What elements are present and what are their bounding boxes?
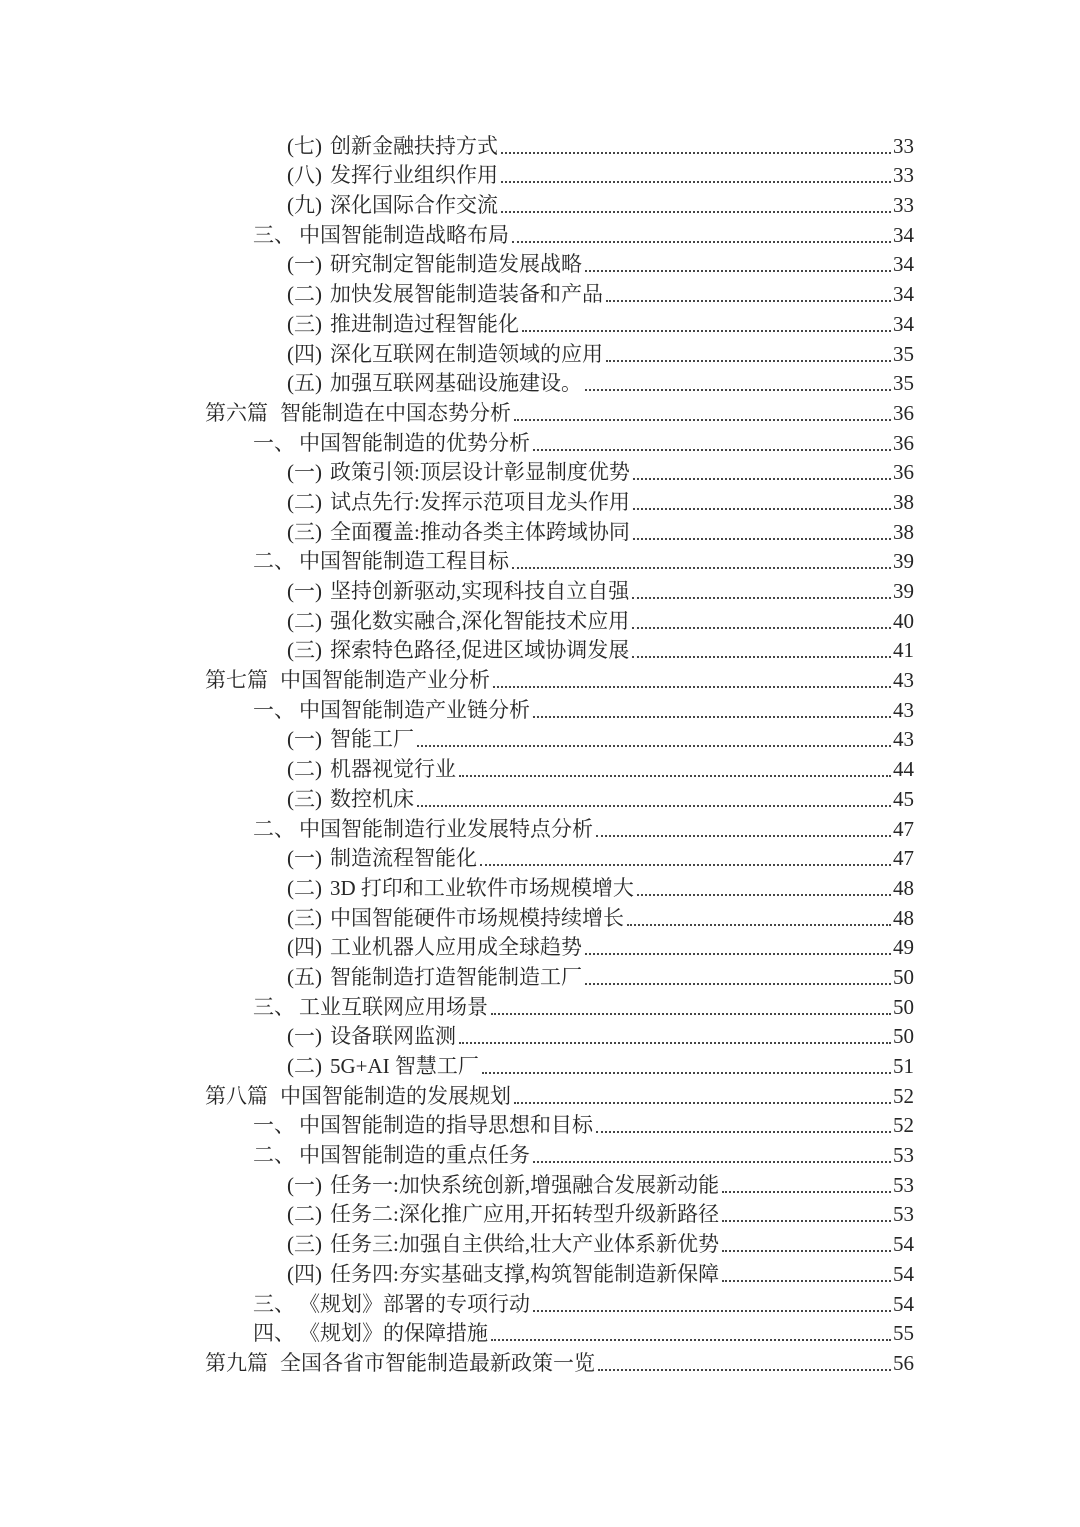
dot-leader [491,1013,891,1015]
toc-entry: (九) 深化国际合作交流 33 [205,188,914,218]
toc-entry: (二) 加快发展智能制造装备和产品 34 [205,277,914,307]
toc-entry-label: (二) [287,490,322,515]
toc-entry: 三、 中国智能制造战略布局 34 [205,218,914,248]
dot-leader [627,924,891,926]
toc-entry-title: 任务二:深化推广应用,开拓转型升级新路径 [330,1202,719,1227]
toc-entry: (一) 设备联网监测 50 [205,1020,914,1050]
toc-entry: 第七篇 中国智能制造产业分析 43 [205,663,914,693]
toc-entry-page: 34 [893,223,914,248]
toc-entry: (五) 智能制造打造智能制造工厂 50 [205,960,914,990]
toc-entry: (四) 工业机器人应用成全球趋势 49 [205,931,914,961]
toc-entry-title: 智能工厂 [330,727,414,752]
toc-entry: (一) 制造流程智能化 47 [205,842,914,872]
dot-leader [633,508,891,510]
toc-entry-title: 加强互联网基础设施建设。 [330,371,582,396]
toc-entry-page: 54 [893,1292,914,1317]
toc-entry-title: 任务三:加强自主供给,壮大产业体系新优势 [330,1232,719,1257]
toc-entry-label: 二、 [253,817,295,842]
toc-entry-page: 53 [893,1202,914,1227]
toc-entry-title: 研究制定智能制造发展战略 [330,252,582,277]
dot-leader [585,983,891,985]
dot-leader [606,360,891,362]
toc-entry-page: 35 [893,371,914,396]
toc-entry: (二) 3D 打印和工业软件市场规模增大 48 [205,871,914,901]
toc-entry-title: 中国智能制造的优势分析 [299,431,530,456]
toc-entry-page: 47 [893,817,914,842]
toc-entry-label: (三) [287,1232,322,1257]
toc-entry-label: 四、 [253,1321,295,1346]
dot-leader [501,211,891,213]
dot-leader [598,1369,891,1371]
toc-entry-page: 43 [893,698,914,723]
toc-entry: (四) 深化互联网在制造领域的应用 35 [205,337,914,367]
toc-entry-page: 45 [893,787,914,812]
dot-leader [501,152,891,154]
toc-entry-title: 中国智能制造战略布局 [299,223,509,248]
toc-entry: (七) 创新金融扶持方式 33 [205,129,914,159]
dot-leader [632,656,891,658]
toc-entry-label: (二) [287,757,322,782]
toc-entry-title: 坚持创新驱动,实现科技自立自强 [330,579,629,604]
toc-entry-page: 34 [893,282,914,307]
dot-leader [633,538,891,540]
toc-entry: 一、 中国智能制造产业链分析 43 [205,693,914,723]
toc-entry: (五) 加强互联网基础设施建设。 35 [205,367,914,397]
toc-entry-title: 机器视觉行业 [330,757,456,782]
toc-entry-label: 一、 [253,698,295,723]
toc-entry: 二、 中国智能制造的重点任务 53 [205,1138,914,1168]
toc-entry: 第六篇 智能制造在中国态势分析 36 [205,396,914,426]
toc-entry-label: (一) [287,846,322,871]
toc-entry-title: 深化互联网在制造领域的应用 [330,342,603,367]
toc-entry-label: 二、 [253,1143,295,1168]
dot-leader [512,241,891,243]
toc-entry-title: 全国各省市智能制造最新政策一览 [280,1351,595,1376]
toc-entry-page: 51 [893,1054,914,1079]
toc-entry: 第八篇 中国智能制造的发展规划 52 [205,1079,914,1109]
toc-entry-label: (五) [287,965,322,990]
toc-entry-page: 33 [893,163,914,188]
dot-leader [533,449,891,451]
toc-entry-page: 48 [893,906,914,931]
toc-entry: (三) 数控机床 45 [205,782,914,812]
toc-entry: (三) 推进制造过程智能化 34 [205,307,914,337]
toc-entry-page: 38 [893,490,914,515]
toc-entry-title: 中国智能制造工程目标 [299,549,509,574]
toc-entry: 第九篇 全国各省市智能制造最新政策一览 56 [205,1346,914,1376]
toc-entry-title: 中国智能制造行业发展特点分析 [299,817,593,842]
toc-entry-label: (三) [287,312,322,337]
toc-entry-title: 强化数实融合,深化智能技术应用 [330,609,629,634]
toc-entry-title: 中国智能硬件市场规模持续增长 [330,906,624,931]
dot-leader [522,330,891,332]
dot-leader [585,270,891,272]
dot-leader [512,567,891,569]
dot-leader [722,1280,891,1282]
toc-entry-label: (三) [287,638,322,663]
toc-entry-page: 44 [893,757,914,782]
toc-entry-page: 36 [893,401,914,426]
dot-leader [633,478,891,480]
toc-entry-title: 推进制造过程智能化 [330,312,519,337]
toc-entry-title: 智能制造在中国态势分析 [280,401,511,426]
toc-entry-page: 50 [893,965,914,990]
toc-entry-label: (一) [287,1173,322,1198]
toc-entry-title: 全面覆盖:推动各类主体跨域协同 [330,520,630,545]
toc-entry-page: 47 [893,846,914,871]
dot-leader [637,894,891,896]
toc-entry-label: (二) [287,876,322,901]
dot-leader [722,1191,891,1193]
toc-entry-label: (九) [287,193,322,218]
toc-entry: (一) 任务一:加快系统创新,增强融合发展新动能 53 [205,1168,914,1198]
toc-entry-page: 35 [893,342,914,367]
toc-entry-title: 《规划》部署的专项行动 [299,1292,530,1317]
toc-entry-title: 制造流程智能化 [330,846,477,871]
toc-entry-page: 34 [893,312,914,337]
toc-entry-title: 5G+AI 智慧工厂 [330,1054,479,1079]
dot-leader [606,300,891,302]
toc-entry-label: 二、 [253,549,295,574]
dot-leader [417,745,891,747]
toc-entry-title: 任务四:夯实基础支撑,构筑智能制造新保障 [330,1262,719,1287]
dot-leader [493,686,891,688]
toc-entry-title: 中国智能制造产业链分析 [299,698,530,723]
toc-entry-title: 智能制造打造智能制造工厂 [330,965,582,990]
toc-entry-title: 政策引领:顶层设计彰显制度优势 [330,460,630,485]
dot-leader [482,1072,891,1074]
toc-entry: (三) 任务三:加强自主供给,壮大产业体系新优势 54 [205,1227,914,1257]
dot-leader [722,1220,891,1222]
toc-entry: (一) 坚持创新驱动,实现科技自立自强 39 [205,574,914,604]
toc-entry-label: (七) [287,134,322,159]
toc-entry-label: (一) [287,579,322,604]
toc-entry-title: 工业机器人应用成全球趋势 [330,935,582,960]
dot-leader [417,805,891,807]
dot-leader [533,1310,891,1312]
toc-entry-title: 创新金融扶持方式 [330,134,498,159]
dot-leader [533,716,891,718]
toc-entry-page: 38 [893,520,914,545]
toc-entry-label: (二) [287,282,322,307]
toc-entry-page: 53 [893,1173,914,1198]
dot-leader [632,627,891,629]
toc-entry-page: 53 [893,1143,914,1168]
toc-entry-page: 39 [893,549,914,574]
toc-entry: 三、 工业互联网应用场景 50 [205,990,914,1020]
toc-entry-page: 52 [893,1084,914,1109]
toc-entry-title: 《规划》的保障措施 [299,1321,488,1346]
toc-entry-page: 41 [893,638,914,663]
dot-leader [632,597,891,599]
toc-entry: (二) 5G+AI 智慧工厂 51 [205,1049,914,1079]
dot-leader [459,1042,891,1044]
toc-entry: (四) 任务四:夯实基础支撑,构筑智能制造新保障 54 [205,1257,914,1287]
toc-entry-label: (四) [287,935,322,960]
toc-entry-label: (八) [287,163,322,188]
toc-entry: 二、 中国智能制造行业发展特点分析 47 [205,812,914,842]
toc-entry-page: 54 [893,1232,914,1257]
toc-entry-label: 第八篇 [205,1084,268,1109]
toc-entry-label: 三、 [253,223,295,248]
toc-entry-label: 三、 [253,995,295,1020]
toc-entry-page: 50 [893,1024,914,1049]
toc-entry-title: 加快发展智能制造装备和产品 [330,282,603,307]
toc-list: (七) 创新金融扶持方式 33 (八) 发挥行业组织作用 33 (九) 深化国际… [205,129,914,1376]
toc-entry-page: 33 [893,134,914,159]
toc-entry-label: (二) [287,1054,322,1079]
dot-leader [501,181,891,183]
toc-entry-label: (四) [287,1262,322,1287]
toc-entry: (二) 强化数实融合,深化智能技术应用 40 [205,604,914,634]
toc-entry-label: (五) [287,371,322,396]
toc-entry: (二) 机器视觉行业 44 [205,752,914,782]
toc-entry: (三) 探索特色路径,促进区域协调发展 41 [205,634,914,664]
toc-entry-page: 52 [893,1113,914,1138]
toc-entry-label: (一) [287,727,322,752]
toc-entry-page: 33 [893,193,914,218]
toc-entry-page: 50 [893,995,914,1020]
toc-entry-page: 49 [893,935,914,960]
dot-leader [585,389,891,391]
dot-leader [459,775,891,777]
toc-entry-page: 55 [893,1321,914,1346]
toc-entry: (二) 任务二:深化推广应用,开拓转型升级新路径 53 [205,1198,914,1228]
toc-entry: 一、 中国智能制造的指导思想和目标 52 [205,1109,914,1139]
toc-entry-label: 第七篇 [205,668,268,693]
toc-entry-title: 发挥行业组织作用 [330,163,498,188]
toc-entry-page: 56 [893,1351,914,1376]
toc-entry-page: 43 [893,727,914,752]
toc-entry: (一) 智能工厂 43 [205,723,914,753]
dot-leader [722,1250,891,1252]
toc-entry-label: (二) [287,609,322,634]
toc-entry-label: 一、 [253,1113,295,1138]
toc-entry-page: 48 [893,876,914,901]
dot-leader [480,864,891,866]
toc-entry-label: (三) [287,787,322,812]
dot-leader [491,1339,891,1341]
toc-entry-label: 第九篇 [205,1351,268,1376]
toc-entry: (一) 研究制定智能制造发展战略 34 [205,248,914,278]
dot-leader [585,953,891,955]
toc-entry-label: (四) [287,342,322,367]
toc-entry-label: 第六篇 [205,401,268,426]
toc-entry-title: 任务一:加快系统创新,增强融合发展新动能 [330,1173,719,1198]
toc-entry-label: (一) [287,252,322,277]
toc-entry-title: 试点先行:发挥示范项目龙头作用 [330,490,630,515]
dot-leader [596,835,891,837]
dot-leader [514,1102,891,1104]
toc-entry-label: (二) [287,1202,322,1227]
toc-entry-title: 中国智能制造的指导思想和目标 [299,1113,593,1138]
toc-entry-page: 54 [893,1262,914,1287]
toc-entry-title: 设备联网监测 [330,1024,456,1049]
toc-entry: 一、 中国智能制造的优势分析 36 [205,426,914,456]
toc-entry-title: 3D 打印和工业软件市场规模增大 [330,876,634,901]
toc-entry-title: 中国智能制造的发展规划 [280,1084,511,1109]
toc-entry: 三、 《规划》部署的专项行动 54 [205,1287,914,1317]
toc-entry-title: 中国智能制造的重点任务 [299,1143,530,1168]
dot-leader [596,1131,891,1133]
toc-entry-page: 40 [893,609,914,634]
toc-entry-label: (一) [287,1024,322,1049]
document-page: (七) 创新金融扶持方式 33 (八) 发挥行业组织作用 33 (九) 深化国际… [0,0,1080,1527]
toc-entry-label: 一、 [253,431,295,456]
toc-entry-page: 36 [893,431,914,456]
toc-entry-label: (三) [287,906,322,931]
toc-entry-page: 39 [893,579,914,604]
toc-entry-title: 探索特色路径,促进区域协调发展 [330,638,629,663]
toc-entry: (二) 试点先行:发挥示范项目龙头作用 38 [205,485,914,515]
toc-entry: 二、 中国智能制造工程目标 39 [205,545,914,575]
toc-entry: (三) 中国智能硬件市场规模持续增长 48 [205,901,914,931]
toc-entry: 四、 《规划》的保障措施 55 [205,1317,914,1347]
toc-entry: (三) 全面覆盖:推动各类主体跨域协同 38 [205,515,914,545]
toc-entry-page: 36 [893,460,914,485]
toc-entry-page: 43 [893,668,914,693]
toc-entry-title: 深化国际合作交流 [330,193,498,218]
toc-entry-label: (一) [287,460,322,485]
toc-entry: (八) 发挥行业组织作用 33 [205,159,914,189]
dot-leader [533,1161,891,1163]
dot-leader [514,419,891,421]
toc-entry: (一) 政策引领:顶层设计彰显制度优势 36 [205,456,914,486]
toc-entry-title: 中国智能制造产业分析 [280,668,490,693]
toc-entry-label: (三) [287,520,322,545]
toc-entry-title: 数控机床 [330,787,414,812]
toc-entry-title: 工业互联网应用场景 [299,995,488,1020]
toc-entry-page: 34 [893,252,914,277]
toc-entry-label: 三、 [253,1292,295,1317]
